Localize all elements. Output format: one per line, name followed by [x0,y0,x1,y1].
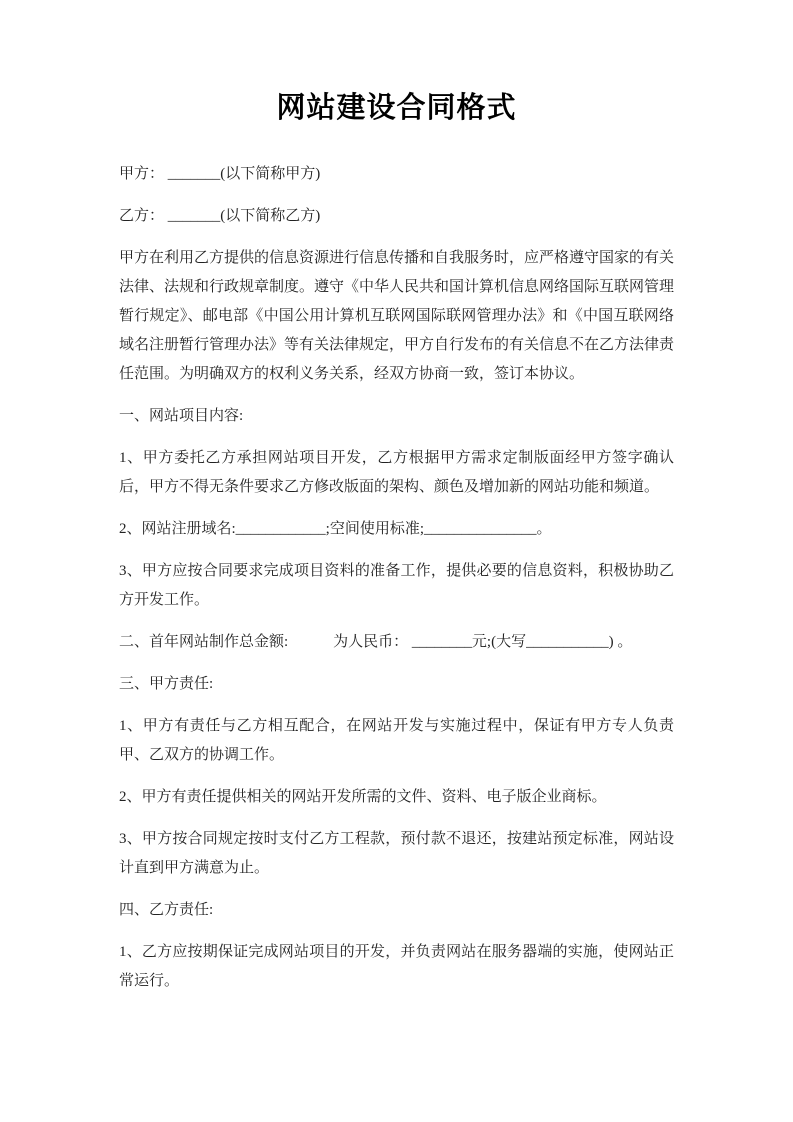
document-body: 甲方： _______(以下简称甲方) 乙方： _______(以下简称乙方) … [119,160,674,996]
document-title: 网站建设合同格式 [119,88,674,129]
section-1-heading: 一、网站项目内容: [119,402,674,431]
document-page: 网站建设合同格式 甲方： _______(以下简称甲方) 乙方： _______… [0,0,793,1122]
section-1-item-3: 3、甲方应按合同要求完成项目资料的准备工作，提供必要的信息资料，积极协助乙方开发… [119,557,674,615]
party-a-line: 甲方： _______(以下简称甲方) [119,160,674,189]
section-1-item-2: 2、网站注册域名:____________;空间使用标准;___________… [119,515,674,544]
section-3-heading: 三、甲方责任: [119,670,674,699]
section-2-heading: 二、首年网站制作总金额: 为人民币： ________元;(大写________… [119,628,674,657]
preamble-paragraph: 甲方在利用乙方提供的信息资源进行信息传播和自我服务时，应严格遵守国家的有关法律、… [119,244,674,389]
section-3-item-3: 3、甲方按合同规定按时支付乙方工程款，预付款不退还，按建站预定标准，网站设计直到… [119,825,674,883]
section-4-heading: 四、乙方责任: [119,896,674,925]
party-b-line: 乙方： _______(以下简称乙方) [119,202,674,231]
section-1-item-1: 1、甲方委托乙方承担网站项目开发，乙方根据甲方需求定制版面经甲方签字确认后，甲方… [119,444,674,502]
section-3-item-1: 1、甲方有责任与乙方相互配合，在网站开发与实施过程中，保证有甲方专人负责甲、乙双… [119,712,674,770]
section-3-item-2: 2、甲方有责任提供相关的网站开发所需的文件、资料、电子版企业商标。 [119,783,674,812]
section-4-item-1: 1、乙方应按期保证完成网站项目的开发，并负责网站在服务器端的实施，使网站正常运行… [119,938,674,996]
